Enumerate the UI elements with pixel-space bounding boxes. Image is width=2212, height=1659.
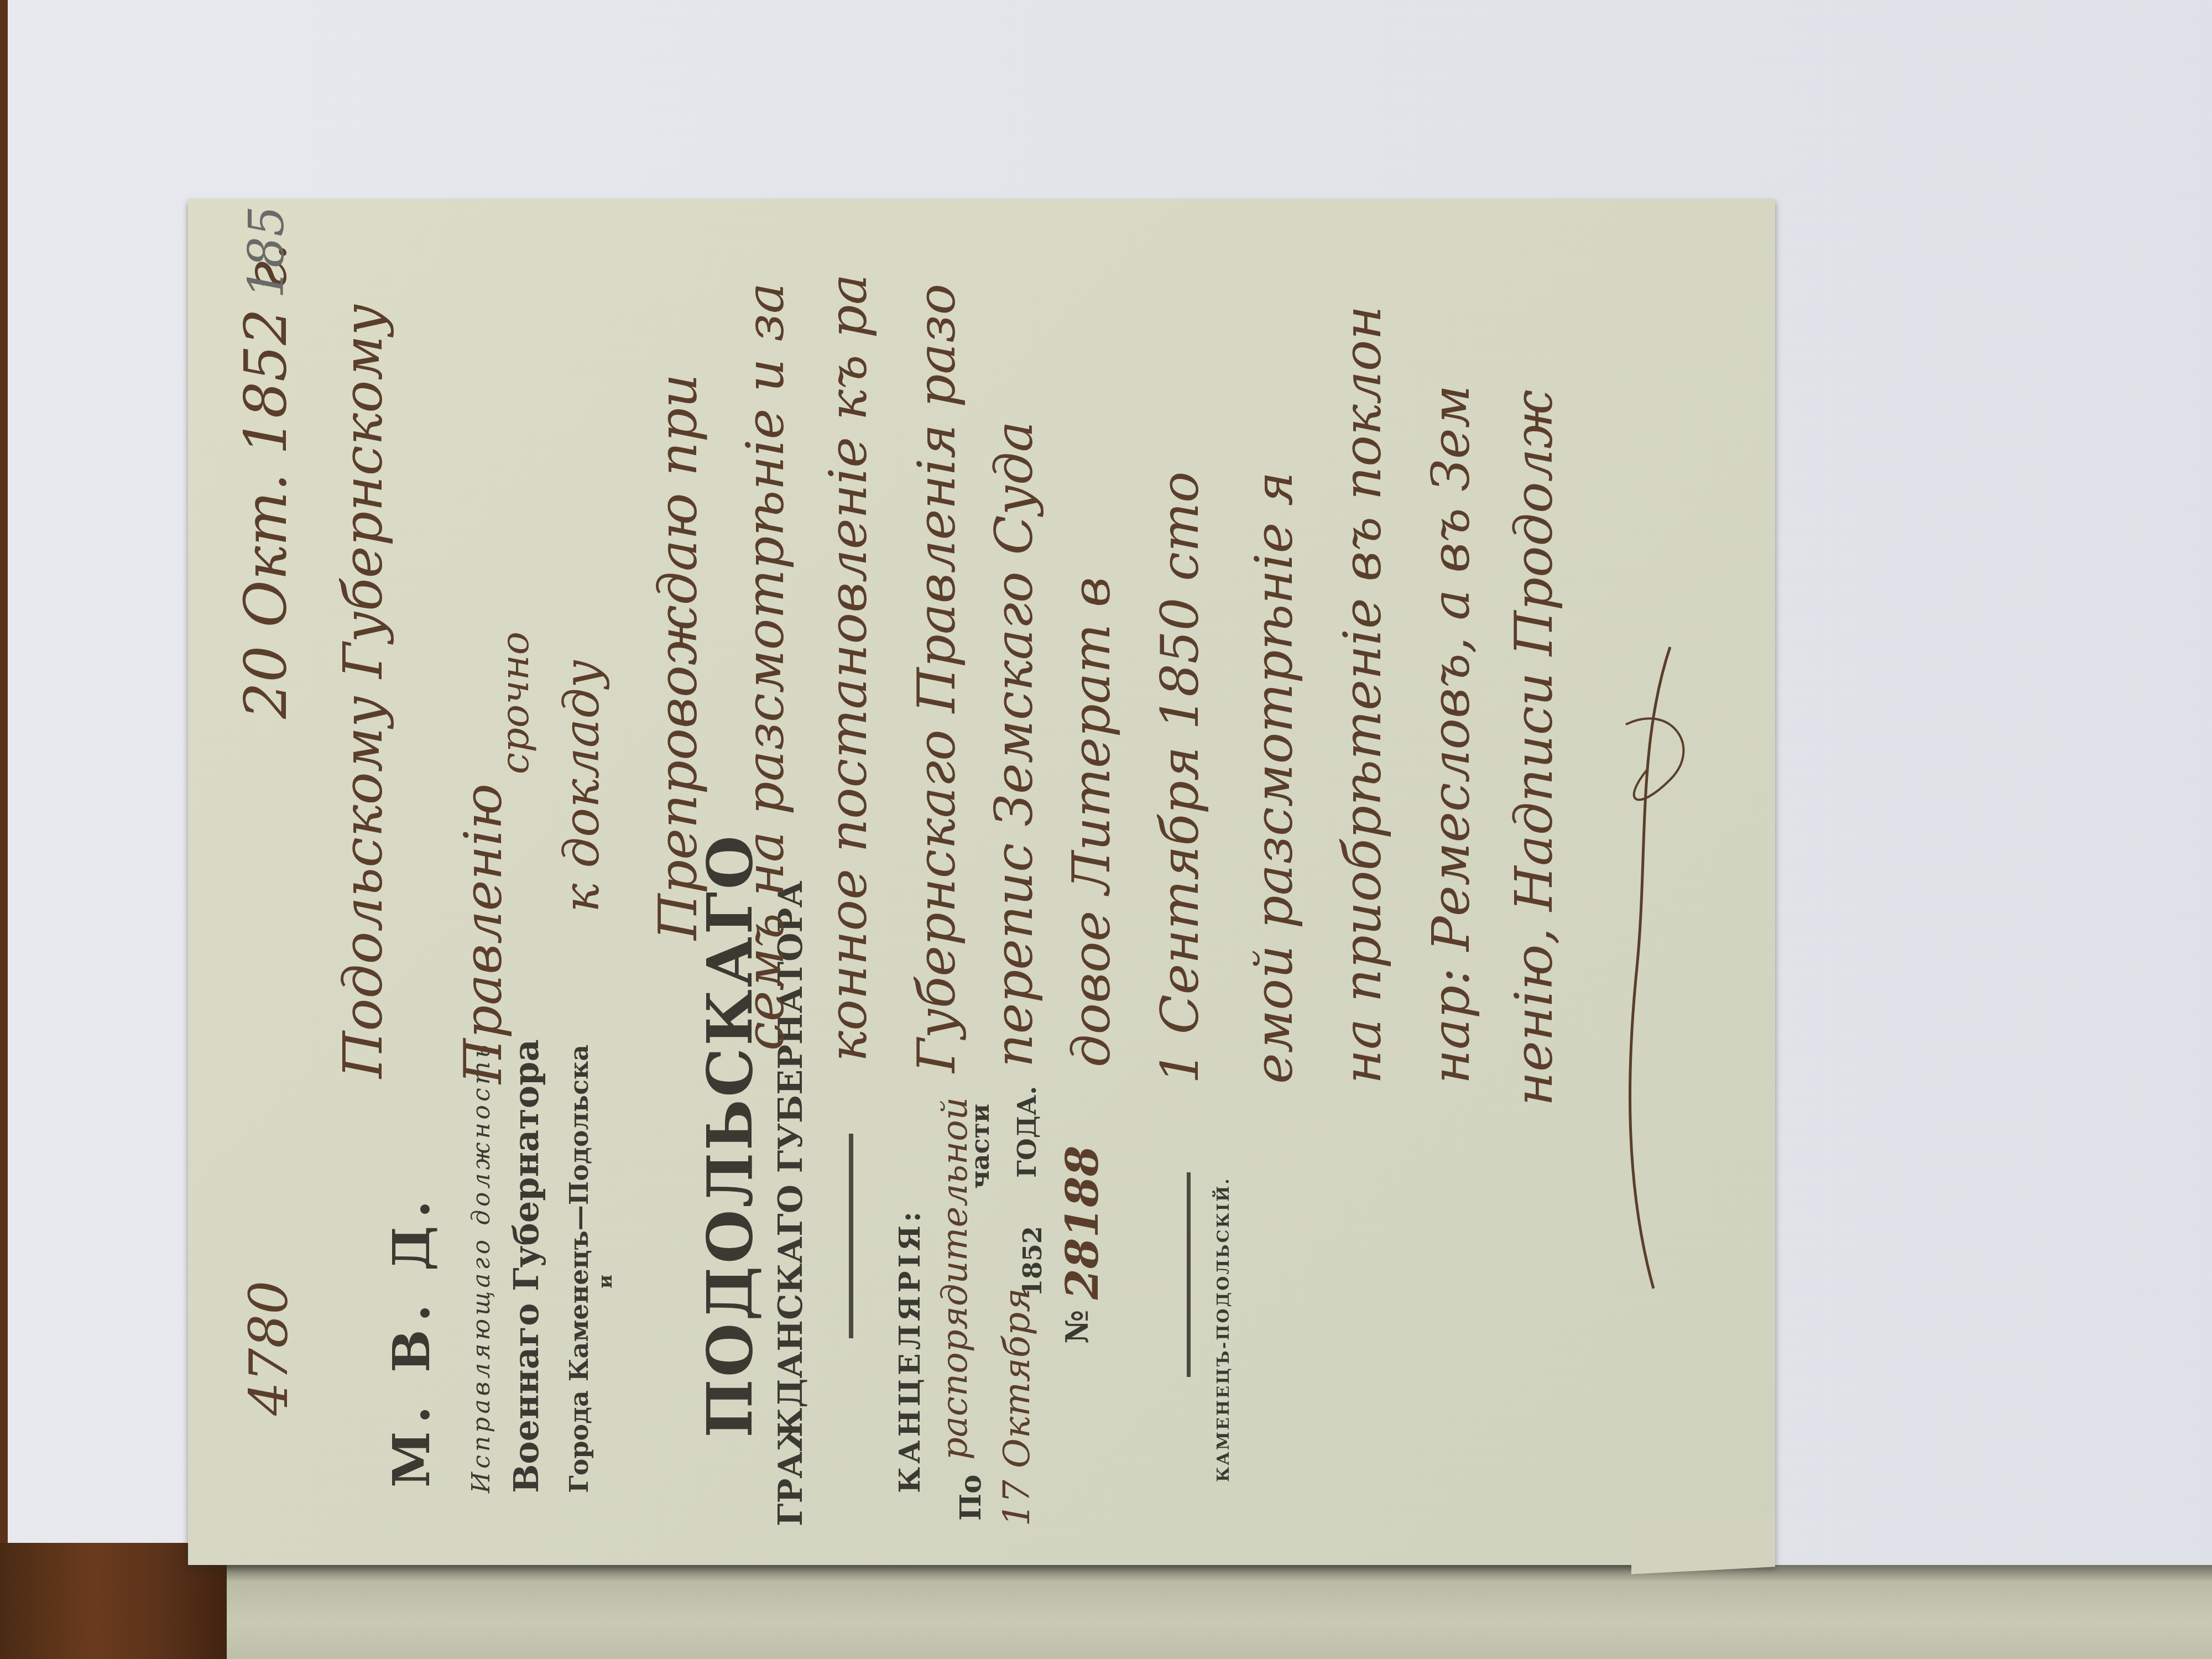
outgoing-year: 1852 (1018, 1226, 1047, 1297)
body-line-7: конное постановленіе къ ра (818, 274, 879, 1062)
wood-table-edge (0, 0, 8, 1659)
letterhead-line-city: Города Каменецъ—Подольска (564, 1045, 594, 1493)
body-line-10: довое Литерат в (1062, 577, 1122, 1067)
received-date: 20 Окт. 1852 г. (232, 243, 300, 719)
letterhead-line-acting-position: Исправляющаго должность (467, 1042, 495, 1493)
body-line-13: на приобрѣтеніе въ поклон (1333, 306, 1393, 1084)
letterhead-line-and: и (594, 1275, 617, 1288)
body-line-9: перепис Земскаго Суда (984, 421, 1045, 1067)
outgoing-date-handwritten: 17 Октября (995, 1288, 1038, 1526)
body-line-14: нар: Ремесловъ, а въ Зем (1421, 385, 1481, 1084)
office-label: КАНЦЕЛЯРІЯ: (893, 1208, 927, 1493)
body-line-6: семъ на разсмотрѣніе и за (735, 283, 796, 1051)
body-line-15: ненію, Надписи Продолж (1504, 390, 1564, 1106)
body-line-8: Губернскаго Правленія разо (907, 284, 967, 1073)
body-line-1: Подольскому Губернскому (332, 304, 395, 1078)
number-prefix: № (1059, 1310, 1095, 1344)
department-prefix: По (954, 1474, 988, 1521)
body-line-2: Правленію (453, 784, 514, 1084)
outgoing-number-handwritten: 28188 (1056, 1146, 1108, 1300)
city-imprint: КАМЕНЕЦЪ-ПОДОЛЬСКІЙ. (1214, 1177, 1233, 1482)
letterhead-line-military-governor: Военнаго Губернатора (506, 1039, 546, 1493)
ministry-initials: М. В. Д. (382, 1192, 441, 1488)
body-line-12: емой разсмотрѣніе я (1244, 472, 1305, 1084)
ornament-divider-2 (1187, 1172, 1191, 1377)
underlying-document-sheet (227, 1565, 2212, 1659)
department-suffix: части (965, 1104, 995, 1189)
body-line-3: срочно (492, 632, 538, 774)
pencil-note: 185 (238, 206, 295, 299)
body-line-5: Препровождаю при (647, 374, 709, 940)
registry-number: 4780 (238, 1281, 300, 1416)
paper-fold-tab (1631, 1511, 1775, 1574)
signature-flourish (1604, 636, 1747, 1300)
body-line-4: к докладу (553, 660, 610, 912)
year-suffix: ГОДА. (1012, 1086, 1042, 1178)
ornament-divider-1 (849, 1134, 853, 1338)
body-line-11: 1 Сентября 1850 сто (1150, 471, 1211, 1084)
